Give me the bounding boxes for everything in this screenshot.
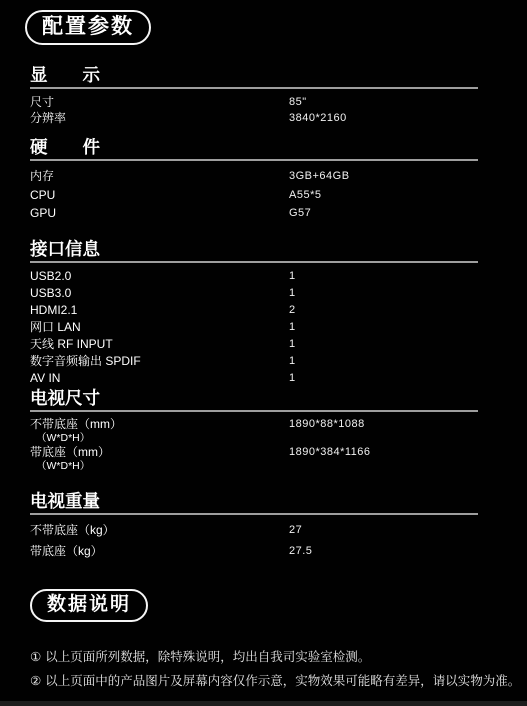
data-notes-badge: 数据说明 (30, 589, 148, 622)
note-text: 以上页面中的产品图片及屏幕内容仅作示意，实物效果可能略有差异，请以实物为准。 (45, 674, 520, 688)
spec-row: GPU G57 (30, 204, 478, 223)
footer-notes: ①以上页面所列数据，除特殊说明，均出自我司实验室检测。 ②以上页面中的产品图片及… (0, 650, 527, 688)
spec-label: 天线 RF INPUT (30, 336, 289, 353)
section-ports-rows: USB2.0 1 USB3.0 1 HDMI2.1 2 网口 LAN 1 天线 … (30, 263, 478, 387)
section-dimensions: 电视尺寸 不带底座（mm） （W*D*H） 1890*88*1088 带底座（m… (30, 389, 478, 473)
spec-row: USB3.0 1 (30, 285, 478, 302)
spec-value: 1 (289, 285, 478, 302)
spec-value: 1 (289, 319, 478, 336)
spec-label: AV IN (30, 370, 289, 387)
footer-note: ①以上页面所列数据，除特殊说明，均出自我司实验室检测。 (30, 650, 519, 664)
spec-row: 天线 RF INPUT 1 (30, 336, 478, 353)
spec-label: USB2.0 (30, 268, 289, 285)
footer-note: ②以上页面中的产品图片及屏幕内容仅作示意，实物效果可能略有差异，请以实物为准。 (30, 674, 519, 688)
spec-label-group: 不带底座（mm） （W*D*H） (30, 417, 289, 445)
section-dimensions-rows: 不带底座（mm） （W*D*H） 1890*88*1088 带底座（mm） （W… (30, 412, 478, 473)
spec-row: HDMI2.1 2 (30, 302, 478, 319)
spec-label: USB3.0 (30, 285, 289, 302)
spec-row: AV IN 1 (30, 370, 478, 387)
spec-value: 3840*2160 (289, 110, 478, 126)
spec-row: 不带底座（mm） （W*D*H） 1890*88*1088 (30, 417, 478, 445)
spec-value: G57 (289, 204, 478, 223)
spec-value: A55*5 (289, 186, 478, 205)
spec-label: 数字音频输出 SPDIF (30, 353, 289, 370)
spec-sheet-page: 配置参数 显 示 尺寸 85" 分辨率 3840*2160 硬 件 内存 (0, 0, 527, 706)
config-params-badge-row: 配置参数 (25, 10, 527, 45)
spec-sublabel: （W*D*H） (30, 459, 289, 473)
note-number: ① (30, 650, 41, 664)
spec-row: USB2.0 1 (30, 268, 478, 285)
spec-value: 3GB+64GB (289, 167, 478, 186)
spec-value: 1890*88*1088 (289, 417, 478, 431)
spec-value: 1 (289, 268, 478, 285)
section-title-display: 显 示 (30, 66, 478, 89)
spec-label-group: 带底座（mm） （W*D*H） (30, 445, 289, 473)
section-title-weight: 电视重量 (30, 492, 478, 515)
data-notes-badge-row: 数据说明 (30, 589, 527, 622)
section-title-dimensions: 电视尺寸 (30, 389, 478, 412)
spec-row: 网口 LAN 1 (30, 319, 478, 336)
spec-value: 27 (289, 520, 478, 542)
spec-value: 1 (289, 370, 478, 387)
section-ports: 接口信息 USB2.0 1 USB3.0 1 HDMI2.1 2 网口 LAN … (30, 240, 478, 387)
spec-sublabel: （W*D*H） (30, 431, 289, 445)
spec-value: 27.5 (289, 541, 478, 563)
section-display-rows: 尺寸 85" 分辨率 3840*2160 (30, 89, 478, 126)
section-title-hardware: 硬 件 (30, 138, 478, 161)
spec-content: 显 示 尺寸 85" 分辨率 3840*2160 硬 件 内存 3GB+64GB (0, 66, 527, 563)
spec-label: HDMI2.1 (30, 302, 289, 319)
spec-label: 内存 (30, 167, 289, 186)
spec-row: 带底座（kg） 27.5 (30, 541, 478, 563)
spec-label: 尺寸 (30, 94, 289, 110)
spec-label: 网口 LAN (30, 319, 289, 336)
spec-row: 数字音频输出 SPDIF 1 (30, 353, 478, 370)
section-hardware-rows: 内存 3GB+64GB CPU A55*5 GPU G57 (30, 161, 478, 223)
section-weight: 电视重量 不带底座（kg） 27 带底座（kg） 27.5 (30, 492, 478, 563)
spec-label: 不带底座（mm） (30, 417, 289, 431)
spec-value: 85" (289, 94, 478, 110)
section-title-ports: 接口信息 (30, 240, 478, 263)
spec-label: 带底座（mm） (30, 445, 289, 459)
spec-label: GPU (30, 204, 289, 223)
spec-row: 不带底座（kg） 27 (30, 520, 478, 542)
spec-value: 1890*384*1166 (289, 445, 478, 459)
note-number: ② (30, 674, 41, 688)
spec-row: CPU A55*5 (30, 186, 478, 205)
note-text: 以上页面所列数据，除特殊说明，均出自我司实验室检测。 (45, 650, 370, 664)
spec-row: 带底座（mm） （W*D*H） 1890*384*1166 (30, 445, 478, 473)
bottom-edge-strip (0, 701, 527, 706)
spec-value: 1 (289, 353, 478, 370)
spec-label: 带底座（kg） (30, 541, 289, 563)
section-hardware: 硬 件 内存 3GB+64GB CPU A55*5 GPU G57 (30, 138, 478, 223)
spec-value: 2 (289, 302, 478, 319)
section-weight-rows: 不带底座（kg） 27 带底座（kg） 27.5 (30, 515, 478, 563)
spec-value: 1 (289, 336, 478, 353)
spec-row: 内存 3GB+64GB (30, 167, 478, 186)
config-params-badge: 配置参数 (25, 10, 151, 45)
spec-row: 分辨率 3840*2160 (30, 110, 478, 126)
spec-label: 不带底座（kg） (30, 520, 289, 542)
section-display: 显 示 尺寸 85" 分辨率 3840*2160 (30, 66, 478, 126)
spec-row: 尺寸 85" (30, 94, 478, 110)
spec-label: CPU (30, 186, 289, 205)
spec-label: 分辨率 (30, 110, 289, 126)
